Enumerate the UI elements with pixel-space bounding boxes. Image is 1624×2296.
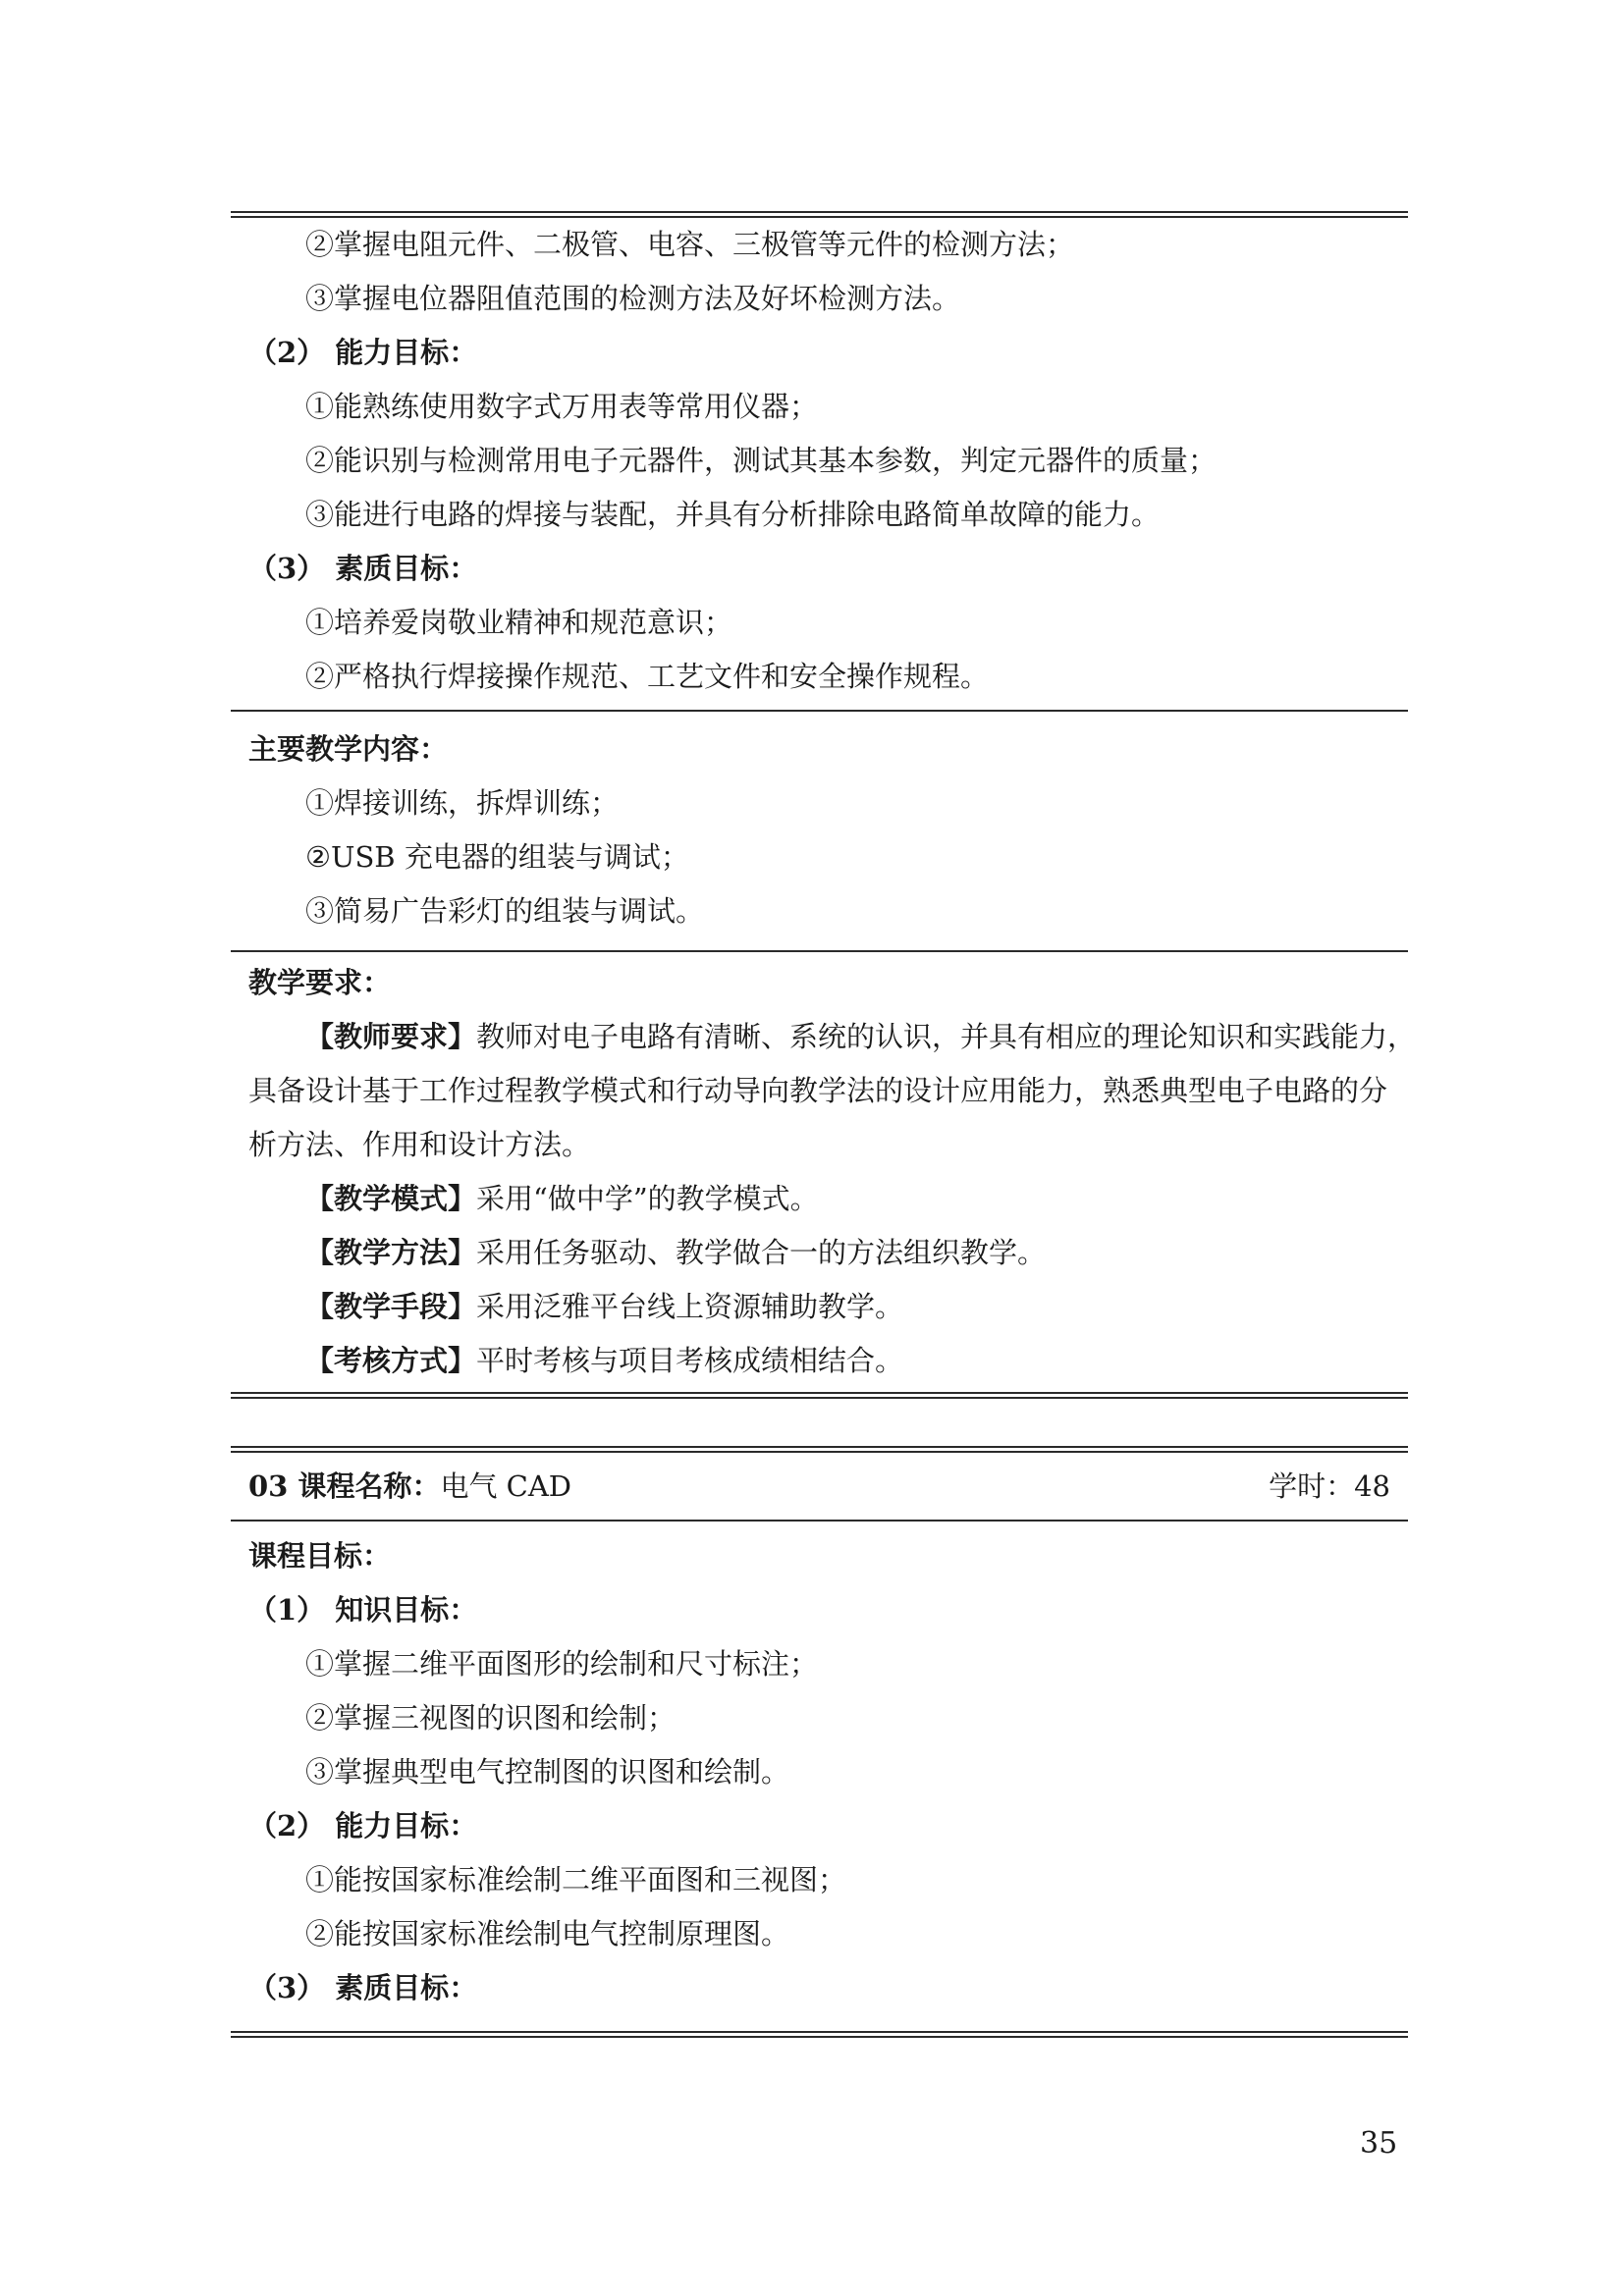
teaching-means-text: 采用泛雅平台线上资源辅助教学。 <box>476 1290 903 1323</box>
ability-heading: （2） 能力目标： <box>248 1799 1390 1853</box>
teaching-requirements-row: 教学要求： 【教师要求】教师对电子电路有清晰、系统的认识，并具有相应的理论知识和… <box>231 952 1408 1392</box>
teaching-means-line: 【教学手段】采用泛雅平台线上资源辅助教学。 <box>248 1280 1390 1334</box>
table-bottom-border <box>231 2031 1408 2038</box>
course-goals-row: 课程目标： （1） 知识目标： ①掌握二维平面图形的绘制和尺寸标注； ②掌握三视… <box>231 1522 1408 2031</box>
knowledge-item: ②掌握电阻元件、二极管、电容、三极管等元件的检测方法； <box>248 218 1390 272</box>
table-bottom-border <box>231 1392 1408 1399</box>
content-item: ①焊接训练，拆焊训练； <box>248 776 1390 830</box>
course-name-value: 电气 CAD <box>440 1469 571 1503</box>
goal-heading: 课程目标： <box>248 1529 1390 1583</box>
ability-item: ③能进行电路的焊接与装配，并具有分析排除电路简单故障的能力。 <box>248 488 1390 542</box>
teacher-requirement-label: 【教师要求】 <box>305 1020 476 1053</box>
quality-heading: （3） 素质目标： <box>248 542 1390 596</box>
teaching-mode-line: 【教学模式】采用“做中学”的教学模式。 <box>248 1172 1390 1226</box>
content-heading: 主要教学内容： <box>248 722 1390 776</box>
document-page: ②掌握电阻元件、二极管、电容、三极管等元件的检测方法； ③掌握电位器阻值范围的检… <box>0 0 1624 2296</box>
course-03-table: 03 课程名称：电气 CAD 学时：48 课程目标： （1） 知识目标： ①掌握… <box>231 1446 1408 2038</box>
teacher-requirement-line: 析方法、作用和设计方法。 <box>248 1118 1390 1172</box>
ability-item: ②能识别与检测常用电子元器件，测试其基本参数，判定元器件的质量； <box>248 434 1390 488</box>
table-top-border <box>231 1446 1408 1453</box>
knowledge-item: ③掌握电位器阻值范围的检测方法及好坏检测方法。 <box>248 272 1390 326</box>
knowledge-heading: （1） 知识目标： <box>248 1583 1390 1637</box>
knowledge-item: ①掌握二维平面图形的绘制和尺寸标注； <box>248 1637 1390 1691</box>
requirements-heading: 教学要求： <box>248 956 1390 1010</box>
content-item: ③简易广告彩灯的组装与调试。 <box>248 884 1390 938</box>
ability-item: ②能按国家标准绘制电气控制原理图。 <box>248 1907 1390 1961</box>
course-name-label: 03 课程名称： <box>248 1469 440 1503</box>
quality-item: ②严格执行焊接操作规范、工艺文件和安全操作规程。 <box>248 650 1390 704</box>
teacher-requirement-line: 具备设计基于工作过程教学模式和行动导向教学法的设计应用能力，熟悉典型电子电路的分 <box>248 1064 1390 1118</box>
page-number: 35 <box>1360 2128 1397 2160</box>
teaching-means-label: 【教学手段】 <box>305 1290 476 1323</box>
quality-item: ①培养爱岗敬业精神和规范意识； <box>248 596 1390 650</box>
course-hours-value: 48 <box>1354 1469 1390 1503</box>
teaching-method-text: 采用任务驱动、教学做合一的方法组织教学。 <box>476 1236 1046 1269</box>
knowledge-item: ③掌握典型电气控制图的识图和绘制。 <box>248 1745 1390 1799</box>
assessment-text: 平时考核与项目考核成绩相结合。 <box>476 1344 903 1377</box>
content-item: ②USB 充电器的组装与调试； <box>248 830 1390 884</box>
assessment-line: 【考核方式】平时考核与项目考核成绩相结合。 <box>248 1334 1390 1388</box>
course-objectives-row: ②掌握电阻元件、二极管、电容、三极管等元件的检测方法； ③掌握电位器阻值范围的检… <box>231 218 1408 710</box>
assessment-label: 【考核方式】 <box>305 1344 476 1377</box>
course-hours-label: 学时： <box>1269 1469 1354 1503</box>
teaching-method-label: 【教学方法】 <box>305 1236 476 1269</box>
teaching-mode-text: 采用“做中学”的教学模式。 <box>476 1182 819 1215</box>
teaching-method-line: 【教学方法】采用任务驱动、教学做合一的方法组织教学。 <box>248 1226 1390 1280</box>
table-top-border <box>231 211 1408 218</box>
teacher-requirement-text: 教师对电子电路有清晰、系统的认识，并具有相应的理论知识和实践能力， <box>476 1020 1416 1053</box>
knowledge-item: ②掌握三视图的识图和绘制； <box>248 1691 1390 1745</box>
quality-heading: （3） 素质目标： <box>248 1961 1390 2015</box>
course-title: 03 课程名称：电气 CAD <box>248 1453 571 1520</box>
teaching-mode-label: 【教学模式】 <box>305 1182 476 1215</box>
course-02-table: ②掌握电阻元件、二极管、电容、三极管等元件的检测方法； ③掌握电位器阻值范围的检… <box>231 211 1408 1399</box>
course-hours: 学时：48 <box>1269 1453 1390 1520</box>
teacher-requirement-line: 【教师要求】教师对电子电路有清晰、系统的认识，并具有相应的理论知识和实践能力， <box>248 1010 1390 1064</box>
ability-item: ①能按国家标准绘制二维平面图和三视图； <box>248 1853 1390 1907</box>
ability-item: ①能熟练使用数字式万用表等常用仪器； <box>248 380 1390 434</box>
teaching-content-row: 主要教学内容： ①焊接训练，拆焊训练； ②USB 充电器的组装与调试； ③简易广… <box>231 712 1408 950</box>
course-header-row: 03 课程名称：电气 CAD 学时：48 <box>231 1453 1408 1520</box>
ability-heading: （2） 能力目标： <box>248 326 1390 380</box>
